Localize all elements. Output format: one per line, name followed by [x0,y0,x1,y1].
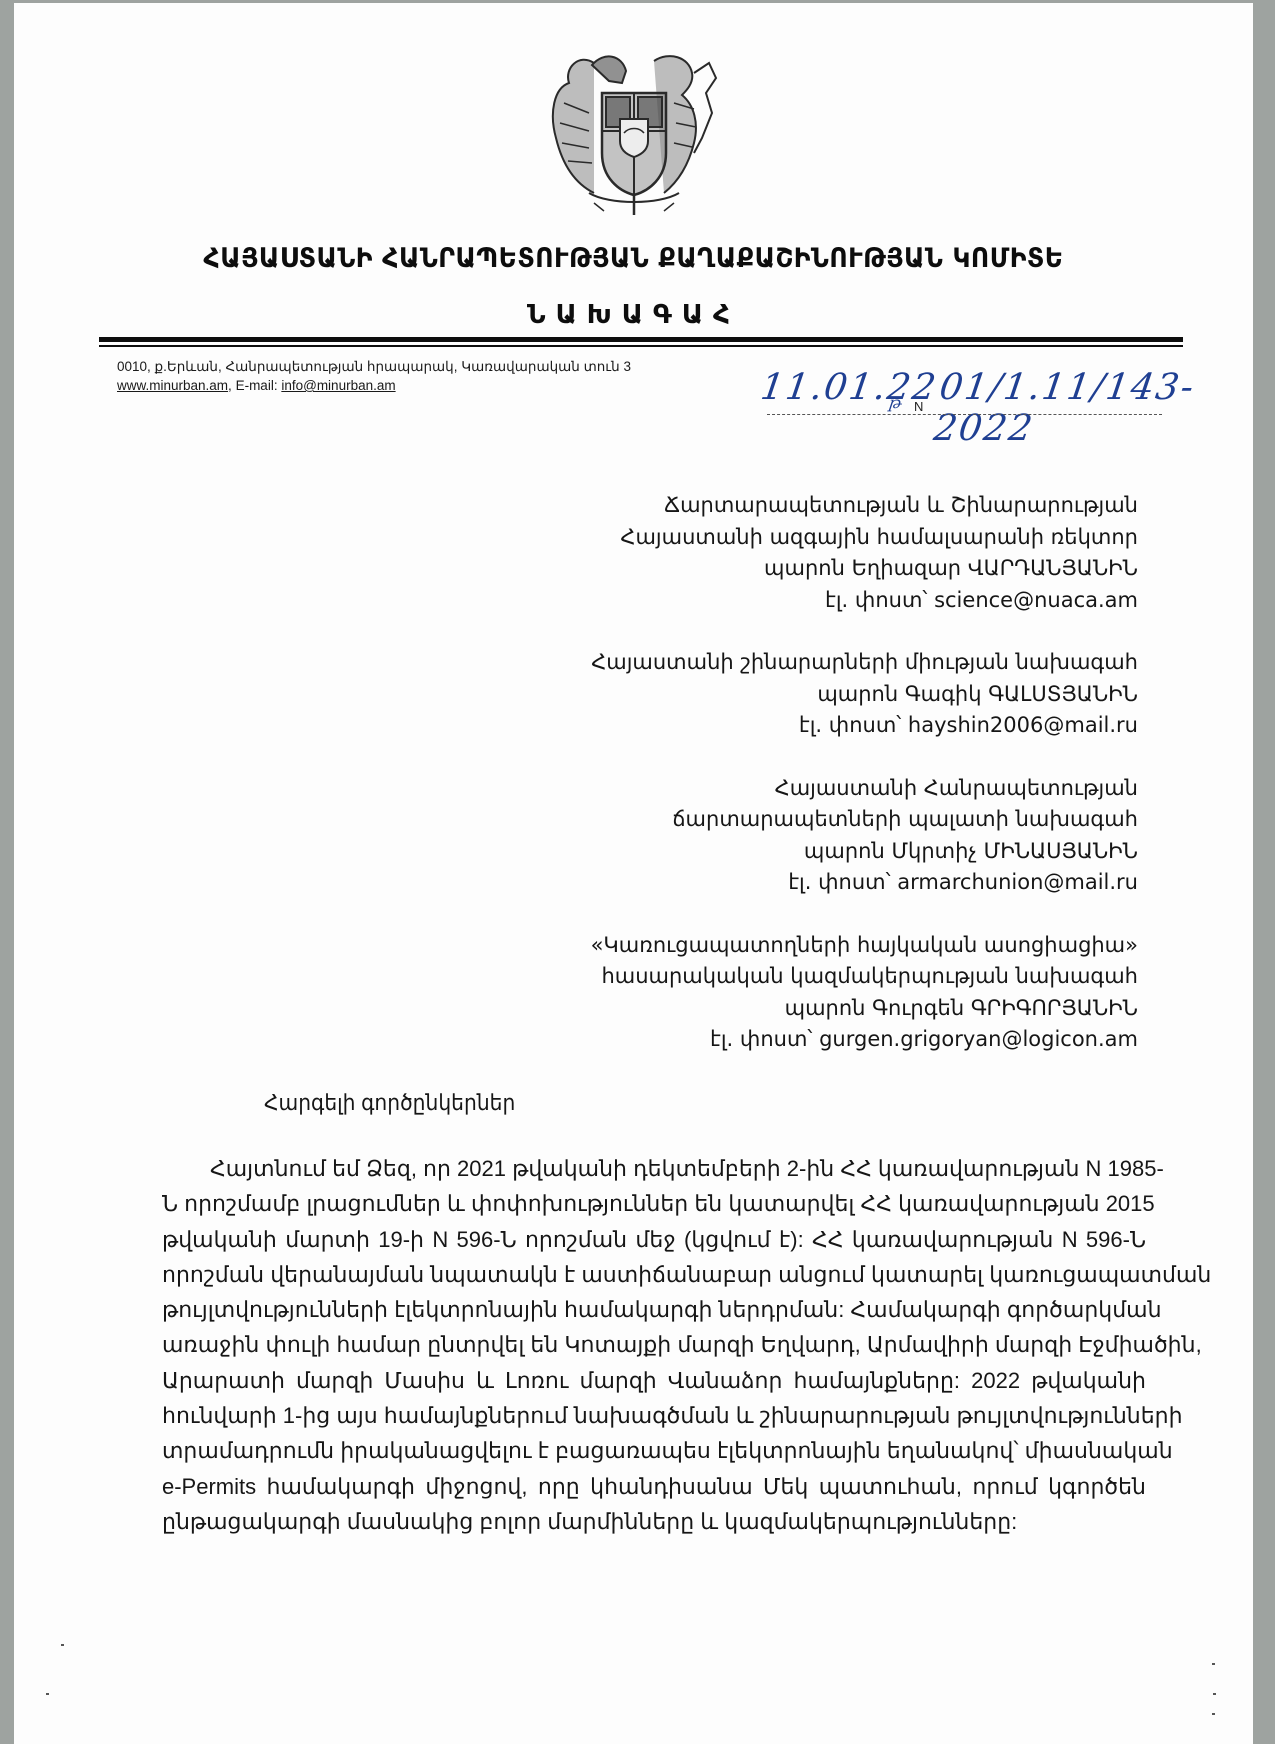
body-line: ընթացակարգի մասնակից բոլոր մարմինները և … [162,1504,1146,1539]
registration-date: 11.01.22 [758,367,940,408]
registration-number: 01/1.11/143-2022 [931,367,1245,449]
scan-speck [46,1693,49,1695]
header-rule-thin [99,345,1183,347]
addressee-line: պարոն Գուրգեն ԳՐԻԳՈՐՅԱՆԻՆ [591,993,1138,1025]
addressee-block: Հայաստանի Հանրապետությանճարտարապետների պ… [591,773,1138,899]
body-line: թույլտվությունների էլեկտրոնային համակարգ… [162,1292,1146,1327]
body-line: առաջին փուլի համար ընտրվել են Կոտայքի մա… [162,1327,1146,1362]
addressee-line: պարոն Եղիազար ՎԱՐԴԱՆՅԱՆԻՆ [591,553,1138,585]
body-line: Ն որոշմամբ լրացումներ և փոփոխություններ … [162,1186,1146,1221]
addressee-line: Հայաստանի շինարարների միության նախագահ [591,647,1138,679]
addressee-block: Հայաստանի շինարարների միության նախագահպա… [591,647,1138,742]
coat-of-arms-icon [534,43,734,218]
contact-address-block: 0010, ք.Երևան, Հանրապետության հրապարակ, … [117,357,631,395]
letter-page: ՀԱՅԱՍՏԱՆԻ ՀԱՆՐԱՊԵՏՈՒԹՅԱՆ ՔԱՂԱՔԱՇԻՆՈՒԹՅԱՆ… [14,3,1253,1744]
addressee-line: Հայաստանի Հանրապետության [591,773,1138,805]
organization-title: ՀԱՅԱՍՏԱՆԻ ՀԱՆՐԱՊԵՏՈՒԹՅԱՆ ՔԱՂԱՔԱՇԻՆՈՒԹՅԱՆ… [57,243,1209,274]
body-line: հունվարի 1-ից այս համայնքներում նախագծմա… [162,1398,1146,1433]
body-line: e-Permits համակարգի միջոցով, որը կհանդիս… [162,1469,1146,1504]
registration-date-suffix: թ [888,393,903,412]
scan-speck [1212,1663,1215,1665]
addressee-email: էլ. փոստ՝ science@nuaca.am [591,585,1138,617]
addressee-line: հասարակական կազմակերպության նախագահ [591,961,1138,993]
position-title: ՆԱԽԱԳԱՀ [14,300,1253,330]
body-line: տրամադրումն իրականացվելու է բացառապես էլ… [162,1433,1146,1468]
registration-stamp: 11.01.22 թ N 01/1.11/143-2022 [759,363,1239,438]
addressee-line: պարոն Գագիկ ԳԱԼՍՏՅԱՆԻՆ [591,679,1138,711]
website-link[interactable]: www.minurban.am [117,378,228,393]
registration-dotted-line [767,414,1162,415]
addressee-line: Ճարտարապետության և Շինարարության [591,490,1138,522]
scan-speck [61,1644,64,1646]
addressee-email: էլ. փոստ՝ gurgen.grigoryan@logicon.am [591,1024,1138,1056]
addressee-block: «Կառուցապատողների հայկական ասոցիացիա»հաս… [591,930,1138,1056]
scan-speck [1213,1693,1216,1695]
addressee-block: Ճարտարապետության և ՇինարարությանՀայաստան… [591,490,1138,616]
email-label: E-mail: [236,378,278,393]
body-line: Արարատի մարզի Մասիս և Լոռու մարզի Վանաձո… [162,1363,1146,1398]
scan-speck [1212,1713,1215,1715]
addressee-email: էլ. փոստ՝ hayshin2006@mail.ru [591,710,1138,742]
addressee-line: ճարտարապետների պալատի նախագահ [591,804,1138,836]
body-line: թվականի մարտի 19-ի N 596-Ն որոշման մեջ (… [162,1222,1146,1257]
web-contacts: www.minurban.am, E-mail: info@minurban.a… [117,376,631,395]
letter-body: Հայտնում եմ Ձեզ, որ 2021 թվականի դեկտեմբ… [162,1151,1146,1539]
salutation: Հարգելի գործընկերներ [264,1090,515,1116]
body-line: որոշման վերանայման նպատակն է աստիճանաբար… [162,1257,1146,1292]
registration-number-label: N [914,399,923,414]
addressee-list: Ճարտարապետության և ՇինարարությանՀայաստան… [591,490,1138,1087]
body-line: Հայտնում եմ Ձեզ, որ 2021 թվականի դեկտեմբ… [162,1151,1146,1186]
addressee-line: Հայաստանի ազգային համալսարանի ռեկտոր [591,522,1138,554]
addressee-line: «Կառուցապատողների հայկական ասոցիացիա» [591,930,1138,962]
postal-address: 0010, ք.Երևան, Հանրապետության հրապարակ, … [117,357,631,376]
header-rule-thick [99,337,1183,342]
addressee-line: պարոն Մկրտիչ ՄԻՆԱՍՅԱՆԻՆ [591,836,1138,868]
email-link[interactable]: info@minurban.am [281,378,395,393]
addressee-email: էլ. փոստ՝ armarchunion@mail.ru [591,867,1138,899]
